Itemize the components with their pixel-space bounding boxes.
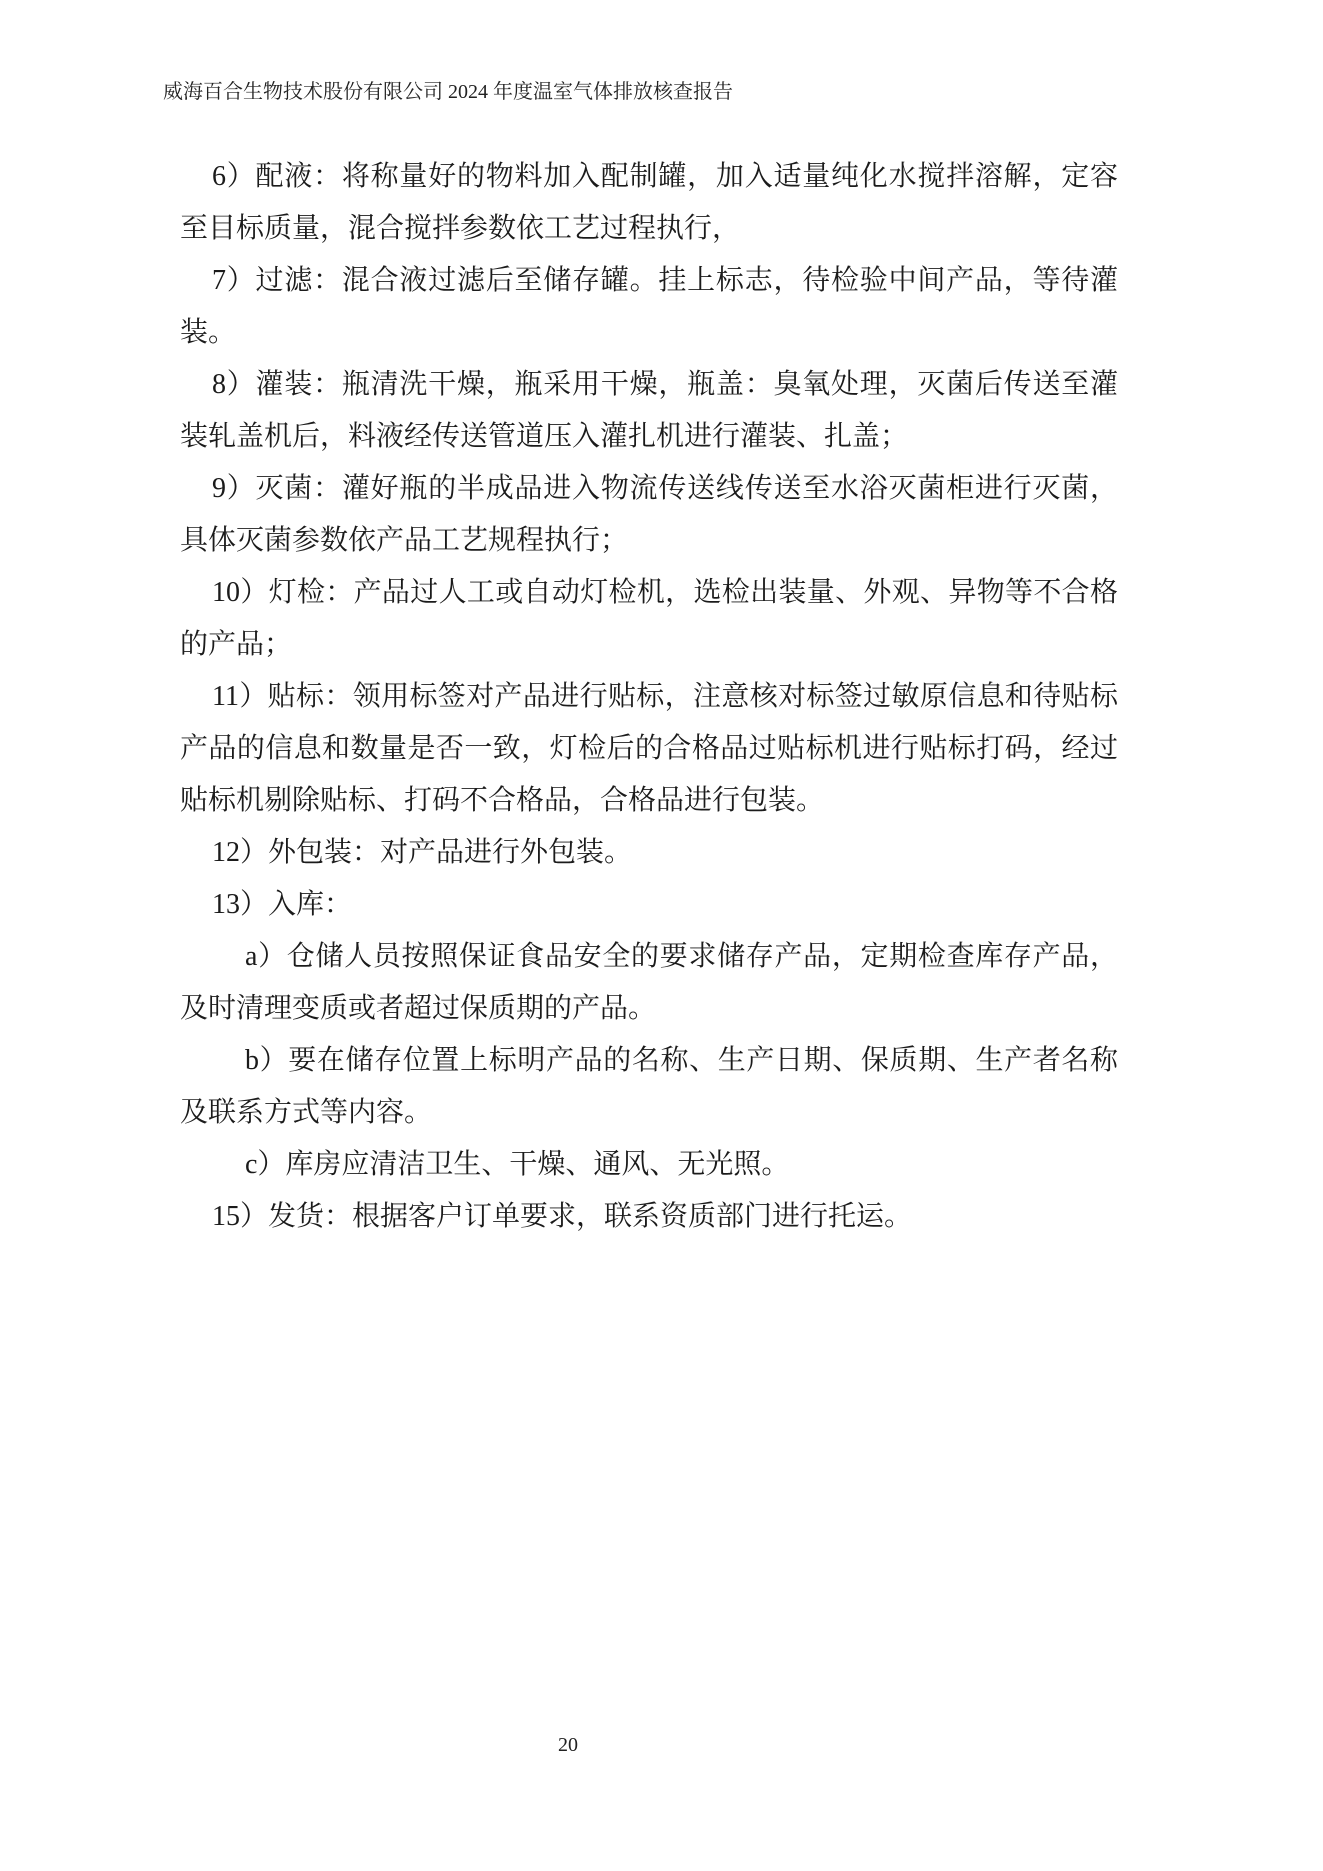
process-step-13b: b）要在储存位置上标明产品的名称、生产日期、保质期、生产者名称及联系方式等内容。 [180,1035,1118,1139]
page-header-title: 威海百合生物技术股份有限公司 2024 年度温室气体排放核查报告 [163,80,733,104]
process-step-13a: a）仓储人员按照保证食品安全的要求储存产品，定期检查库存产品，及时清理变质或者超… [180,931,1118,1035]
page-number: 20 [548,1734,588,1757]
document-page: 威海百合生物技术股份有限公司 2024 年度温室气体排放核查报告 6）配液：将称… [0,0,1323,1871]
process-step-8: 8）灌装：瓶清洗干燥，瓶采用干燥，瓶盖：臭氧处理，灭菌后传送至灌装轧盖机后，料液… [180,359,1118,463]
process-step-9: 9）灭菌：灌好瓶的半成品进入物流传送线传送至水浴灭菌柜进行灭菌，具体灭菌参数依产… [180,463,1118,567]
process-step-13c: c）库房应清洁卫生、干燥、通风、无光照。 [180,1139,1118,1191]
process-step-11: 11）贴标：领用标签对产品进行贴标，注意核对标签过敏原信息和待贴标产品的信息和数… [180,671,1118,827]
process-step-10: 10）灯检：产品过人工或自动灯检机，选检出装量、外观、异物等不合格的产品； [180,567,1118,671]
process-step-6: 6）配液：将称量好的物料加入配制罐，加入适量纯化水搅拌溶解，定容至目标质量，混合… [180,151,1118,255]
process-step-15: 15）发货：根据客户订单要求，联系资质部门进行托运。 [180,1191,1118,1243]
process-step-12: 12）外包装：对产品进行外包装。 [180,827,1118,879]
document-body: 6）配液：将称量好的物料加入配制罐，加入适量纯化水搅拌溶解，定容至目标质量，混合… [180,151,1118,1243]
process-step-13: 13）入库： [180,879,1118,931]
process-step-7: 7）过滤：混合液过滤后至储存罐。挂上标志，待检验中间产品，等待灌装。 [180,255,1118,359]
